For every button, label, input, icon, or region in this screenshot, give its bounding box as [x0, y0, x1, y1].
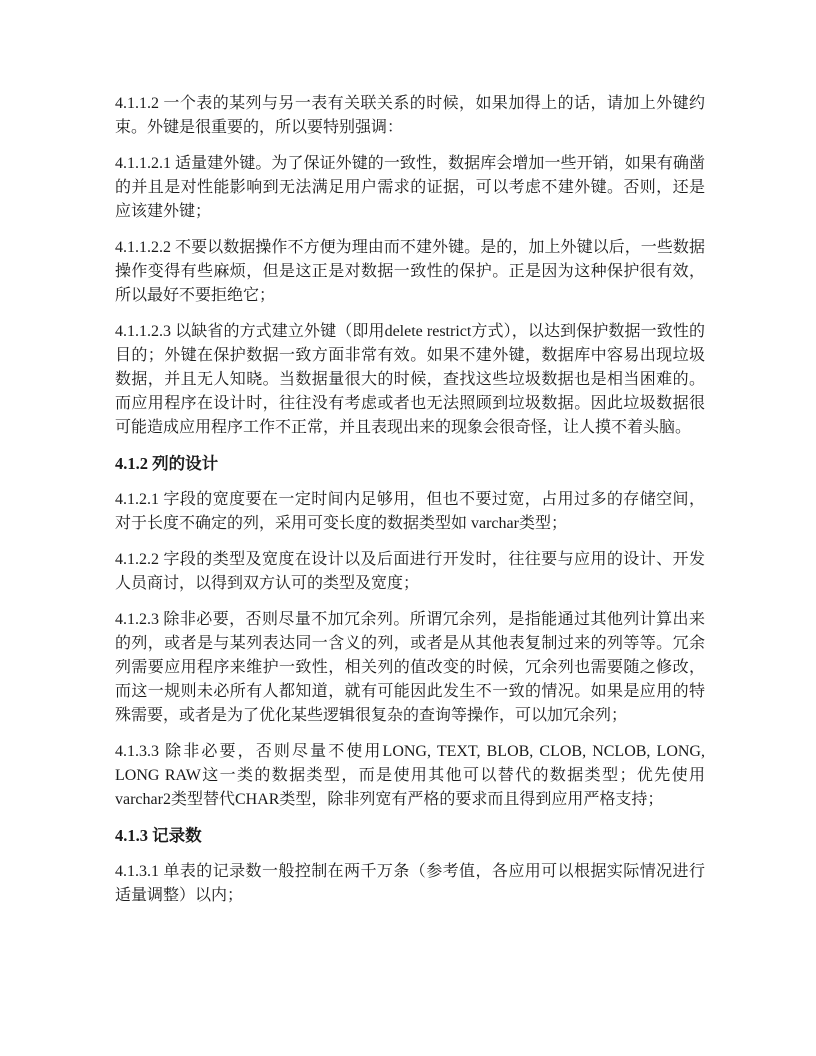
paragraph-4-1-2-2: 4.1.2.2 字段的类型及宽度在设计以及后面进行开发时，往往要与应用的设计、开…	[115, 548, 705, 596]
paragraph-4-1-2-3: 4.1.2.3 除非必要，否则尽量不加冗余列。所谓冗余列，是指能通过其他列计算出…	[115, 608, 705, 728]
paragraph-4-1-1-2-3: 4.1.1.2.3 以缺省的方式建立外键（即用delete restrict方式…	[115, 320, 705, 440]
section-heading-4-1-2: 4.1.2 列的设计	[115, 452, 705, 476]
paragraph-4-1-3-3: 4.1.3.3 除非必要，否则尽量不使用LONG, TEXT, BLOB, CL…	[115, 740, 705, 812]
paragraph-4-1-3-1: 4.1.3.1 单表的记录数一般控制在两千万条（参考值，各应用可以根据实际情况进…	[115, 860, 705, 908]
section-heading-4-1-3: 4.1.3 记录数	[115, 824, 705, 848]
paragraph-4-1-1-2-2: 4.1.1.2.2 不要以数据操作不方便为理由而不建外键。是的，加上外键以后，一…	[115, 236, 705, 308]
paragraph-4-1-2-1: 4.1.2.1 字段的宽度要在一定时间内足够用，但也不要过宽，占用过多的存储空间…	[115, 488, 705, 536]
document-page: 4.1.1.2 一个表的某列与另一表有关联关系的时候，如果加得上的话，请加上外键…	[0, 0, 816, 1056]
paragraph-4-1-1-2-1: 4.1.1.2.1 适量建外键。为了保证外键的一致性，数据库会增加一些开销，如果…	[115, 152, 705, 224]
paragraph-4-1-1-2: 4.1.1.2 一个表的某列与另一表有关联关系的时候，如果加得上的话，请加上外键…	[115, 92, 705, 140]
